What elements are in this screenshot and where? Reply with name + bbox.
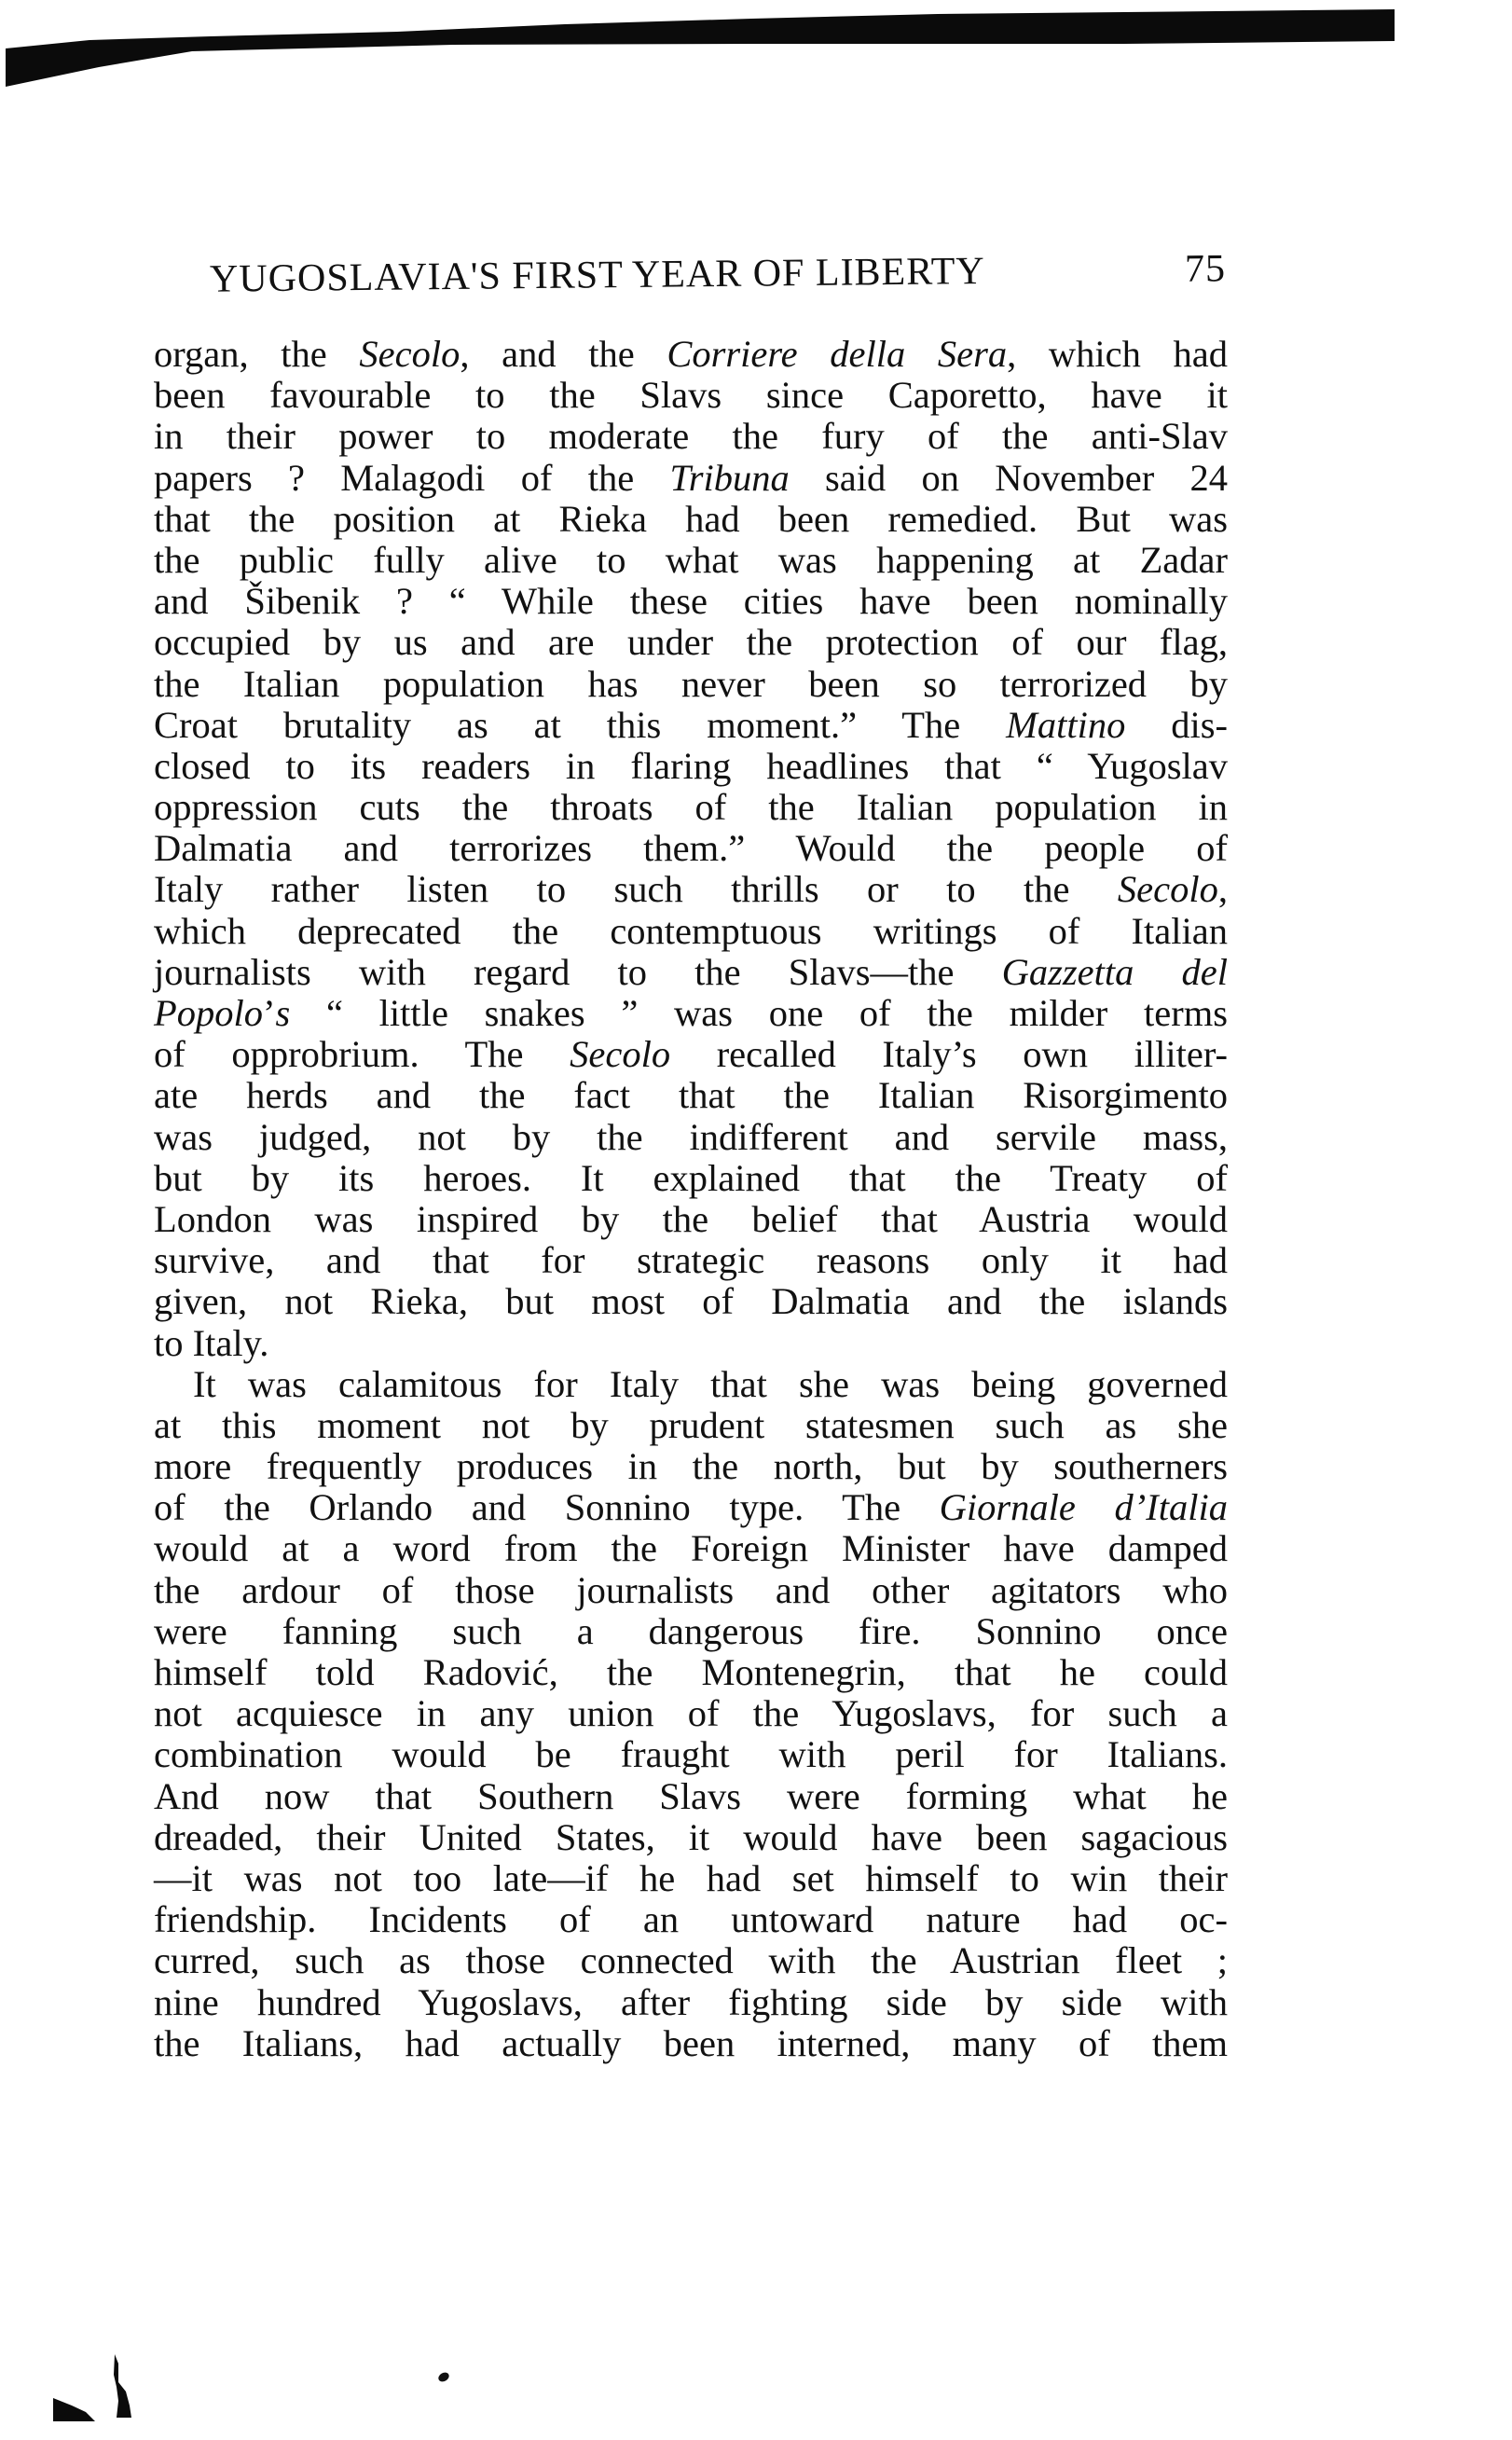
scan-corner-mark [53, 2398, 95, 2421]
text-run: ate herds and the fact that the Italian … [154, 1074, 1228, 1116]
scan-speck [437, 2371, 451, 2384]
text-run: the ardour of those journalists and othe… [154, 1569, 1228, 1611]
text-line: curred, such as those connected with the… [154, 1940, 1228, 1981]
text-line: more frequently produces in the north, b… [154, 1446, 1228, 1487]
text-line: combination would be fraught with peril … [154, 1734, 1228, 1775]
text-line: ate herds and the fact that the Italian … [154, 1075, 1228, 1116]
text-line: been favourable to the Slavs since Capor… [154, 375, 1228, 416]
text-run: papers ? Malagodi of the [154, 457, 669, 499]
text-run: —it was not too late—if he had set himse… [154, 1857, 1228, 1899]
text-line: oppression cuts the throats of the Itali… [154, 787, 1228, 828]
text-run: more frequently produces in the north, b… [154, 1445, 1228, 1487]
text-line: were fanning such a dangerous fire. Sonn… [154, 1611, 1228, 1652]
text-line: that the position at Rieka had been reme… [154, 499, 1228, 540]
text-line: the ardour of those journalists and othe… [154, 1570, 1228, 1611]
italic-title: Gazzetta del [1002, 951, 1228, 993]
text-run: that the position at Rieka had been reme… [154, 498, 1228, 540]
text-line: to Italy. [154, 1323, 1228, 1364]
text-run: of opprobrium. The [154, 1033, 570, 1075]
text-run: given, not Rieka, but most of Dalmatia a… [154, 1280, 1228, 1322]
text-line: London was inspired by the belief that A… [154, 1199, 1228, 1240]
text-run: “ little snakes ” was one of the milder … [290, 992, 1228, 1034]
page-number: 75 [1185, 246, 1227, 291]
text-line: not acquiesce in any union of the Yugosl… [154, 1693, 1228, 1734]
text-line: And now that Southern Slavs were forming… [154, 1776, 1228, 1817]
text-run: dreaded, their United States, it would h… [154, 1816, 1228, 1858]
text-line: friendship. Incidents of an untoward nat… [154, 1899, 1228, 1940]
text-run: the Italian population has never been so… [154, 663, 1228, 705]
text-run: London was inspired by the belief that A… [154, 1198, 1228, 1240]
text-run: but by its heroes. It explained that the… [154, 1157, 1228, 1199]
paragraph: organ, the Secolo, and the Corriere dell… [154, 334, 1228, 1364]
text-run: and Šibenik ? “ While these cities have … [154, 580, 1228, 622]
text-line: —it was not too late—if he had set himse… [154, 1858, 1228, 1899]
text-run: said on November 24 [790, 457, 1228, 499]
text-run: occupied by us and are under the protect… [154, 621, 1228, 663]
text-run: oppression cuts the throats of the Itali… [154, 786, 1228, 828]
text-run: been favourable to the Slavs since Capor… [154, 374, 1228, 416]
italic-title: Secolo [1118, 868, 1218, 910]
text-line: occupied by us and are under the protect… [154, 622, 1228, 663]
text-line: of opprobrium. The Secolo recalled Italy… [154, 1034, 1228, 1075]
scan-edge-shadow [6, 0, 1508, 93]
italic-title: Secolo [359, 333, 460, 375]
italic-title: s [276, 992, 291, 1034]
text-line: himself told Radović, the Montenegrin, t… [154, 1652, 1228, 1693]
text-run: , which had [1007, 333, 1228, 375]
text-run: closed to its readers in flaring headlin… [154, 745, 1228, 787]
text-run: himself told Radović, the Montenegrin, t… [154, 1651, 1228, 1693]
italic-title: Corriere della Sera [667, 333, 1007, 375]
text-run: not acquiesce in any union of the Yugosl… [154, 1692, 1228, 1734]
text-line: the Italian population has never been so… [154, 664, 1228, 705]
text-run: combination would be fraught with peril … [154, 1733, 1228, 1775]
text-line: and Šibenik ? “ While these cities have … [154, 581, 1228, 622]
italic-title: Tribuna [669, 457, 789, 499]
text-run: recalled Italy’s own illiter- [670, 1033, 1228, 1075]
text-line: the public fully alive to what was happe… [154, 540, 1228, 581]
text-run: , and the [460, 333, 667, 375]
text-line: closed to its readers in flaring headlin… [154, 746, 1228, 787]
text-run: survive, and that for strategic reasons … [154, 1239, 1228, 1281]
text-line: but by its heroes. It explained that the… [154, 1158, 1228, 1199]
text-line: Dalmatia and terrorizes them.” Would the… [154, 828, 1228, 869]
text-line: of the Orlando and Sonnino type. The Gio… [154, 1487, 1228, 1528]
text-line: was judged, not by the indifferent and s… [154, 1117, 1228, 1158]
running-head: YUGOSLAVIA'S FIRST YEAR OF LIBERTY 75 [210, 246, 1226, 301]
text-run: at this moment not by prudent statesmen … [154, 1404, 1228, 1446]
text-run: , [1218, 868, 1228, 910]
italic-title: Giornale d’Italia [940, 1486, 1228, 1528]
text-run: nine hundred Yugoslavs, after fighting s… [154, 1981, 1228, 2023]
text-line: survive, and that for strategic reasons … [154, 1240, 1228, 1281]
text-line: the Italians, had actually been interned… [154, 2023, 1228, 2064]
text-run: Dalmatia and terrorizes them.” Would the… [154, 827, 1228, 869]
text-line: at this moment not by prudent statesmen … [154, 1405, 1228, 1446]
text-line: journalists with regard to the Slavs—the… [154, 952, 1228, 993]
text-run: And now that Southern Slavs were forming… [154, 1775, 1228, 1817]
text-run: ’ [263, 992, 276, 1034]
scan-edge-mark [111, 2354, 133, 2419]
text-line: organ, the Secolo, and the Corriere dell… [154, 334, 1228, 375]
text-line: papers ? Malagodi of the Tribuna said on… [154, 458, 1228, 499]
text-run: dis- [1125, 704, 1228, 746]
text-run: journalists with regard to the Slavs—the [154, 951, 1002, 993]
italic-title: Popolo [154, 992, 263, 1034]
text-run: the Italians, had actually been interned… [154, 2022, 1228, 2064]
text-run: in their power to moderate the fury of t… [154, 415, 1228, 457]
text-run: would at a word from the Foreign Ministe… [154, 1527, 1228, 1569]
text-run: the public fully alive to what was happe… [154, 539, 1228, 581]
italic-title: Mattino [1006, 704, 1125, 746]
text-line: Italy rather listen to such thrills or t… [154, 869, 1228, 910]
paragraph: It was calamitous for Italy that she was… [154, 1364, 1228, 2064]
body-text: organ, the Secolo, and the Corriere dell… [154, 334, 1228, 2064]
text-line: dreaded, their United States, it would h… [154, 1817, 1228, 1858]
text-line: It was calamitous for Italy that she was… [154, 1364, 1228, 1405]
text-run: which deprecated the contemptuous writin… [154, 910, 1228, 952]
text-run: It was calamitous for Italy that she was… [193, 1363, 1228, 1405]
text-run: organ, the [154, 333, 359, 375]
text-run: of the Orlando and Sonnino type. The [154, 1486, 940, 1528]
text-line: nine hundred Yugoslavs, after fighting s… [154, 1982, 1228, 2023]
text-line: which deprecated the contemptuous writin… [154, 911, 1228, 952]
text-run: to Italy. [154, 1322, 268, 1364]
text-run: Italy rather listen to such thrills or t… [154, 868, 1118, 910]
text-run: Croat brutality as at this moment.” The [154, 704, 1006, 746]
text-line: given, not Rieka, but most of Dalmatia a… [154, 1281, 1228, 1322]
running-head-title: YUGOSLAVIA'S FIRST YEAR OF LIBERTY [210, 249, 985, 302]
text-run: were fanning such a dangerous fire. Sonn… [154, 1610, 1228, 1652]
text-line: would at a word from the Foreign Ministe… [154, 1528, 1228, 1569]
text-run: friendship. Incidents of an untoward nat… [154, 1898, 1228, 1940]
text-line: in their power to moderate the fury of t… [154, 416, 1228, 457]
italic-title: Secolo [570, 1033, 670, 1075]
text-line: Croat brutality as at this moment.” The … [154, 705, 1228, 746]
text-line: Popolo’s “ little snakes ” was one of th… [154, 993, 1228, 1034]
text-run: curred, such as those connected with the… [154, 1939, 1228, 1981]
text-run: was judged, not by the indifferent and s… [154, 1116, 1228, 1158]
